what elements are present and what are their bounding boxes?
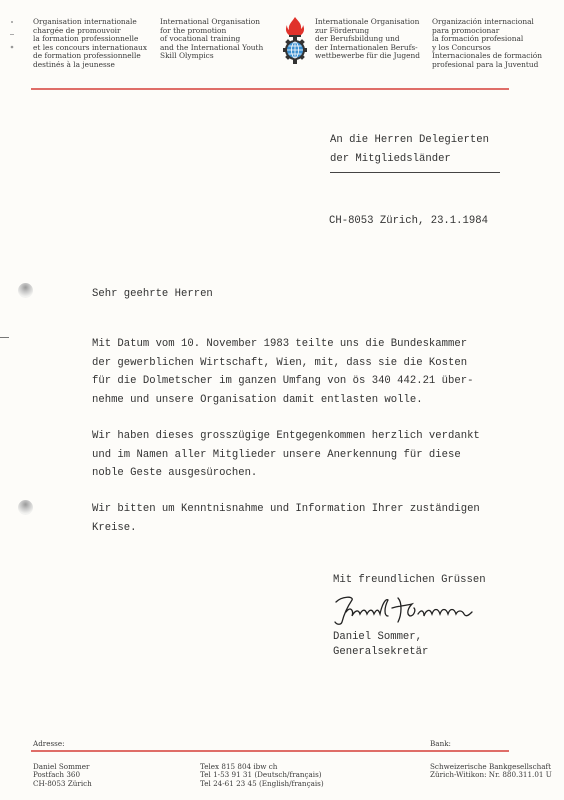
closing-greeting: Mit freundlichen Grüssen xyxy=(333,574,486,586)
scan-marks xyxy=(8,20,16,52)
body-line: Wir haben dieses grosszügige Entgegenkom… xyxy=(92,430,480,442)
body-line: und im Namen aller Mitglieder unsere Ane… xyxy=(92,449,461,461)
footer-bank-label: Bank: xyxy=(430,740,451,748)
letterhead-french: Organisation internationale chargée de p… xyxy=(33,18,147,70)
body-line: nehme und unsere Organisation damit entl… xyxy=(92,394,423,406)
body-line: Mit Datum vom 10. November 1983 teilte u… xyxy=(92,338,467,350)
footer-address: Daniel Sommer Postfach 360 CH-8053 Züric… xyxy=(33,763,92,788)
footer-divider xyxy=(31,750,509,752)
signatory-title: Generalsekretär xyxy=(333,646,428,658)
punch-hole xyxy=(18,283,33,298)
letterhead-divider xyxy=(31,88,509,90)
letterhead-german: Internationale Organisation zur Förderun… xyxy=(315,18,420,61)
body-line: Wir bitten um Kenntnisnahme und Informat… xyxy=(92,503,480,515)
punch-hole xyxy=(18,500,33,515)
recipient-line-2: der Mitgliedsländer xyxy=(330,153,451,165)
salutation: Sehr geehrte Herren xyxy=(92,288,213,300)
fold-mark xyxy=(0,337,9,338)
flame-globe-gear-logo-icon xyxy=(280,15,310,65)
recipient-line-1: An die Herren Delegierten xyxy=(330,134,489,146)
place-date: CH-8053 Zürich, 23.1.1984 xyxy=(329,215,488,227)
footer-address-label: Adresse: xyxy=(33,740,65,748)
footer-bank: Schweizerische Bankgesellschaft Zürich-W… xyxy=(430,763,552,780)
letterhead-english: International Organisation for the promo… xyxy=(160,18,263,61)
body-line: Kreise. xyxy=(92,522,137,534)
body-line: der gewerblichen Wirtschaft, Wien, mit, … xyxy=(92,357,467,369)
footer-telecom: Telex 815 804 ibw ch Tel 1-53 91 31 (Deu… xyxy=(200,763,324,788)
body-line: für die Dolmetscher im ganzen Umfang von… xyxy=(92,375,473,387)
signatory-name: Daniel Sommer, xyxy=(333,631,422,643)
handwritten-signature-icon xyxy=(332,592,522,628)
body-line: noble Geste ausgesürochen. xyxy=(92,467,257,479)
letterhead-spanish: Organización internacional para promocio… xyxy=(432,18,542,70)
recipient-underline xyxy=(330,172,500,173)
